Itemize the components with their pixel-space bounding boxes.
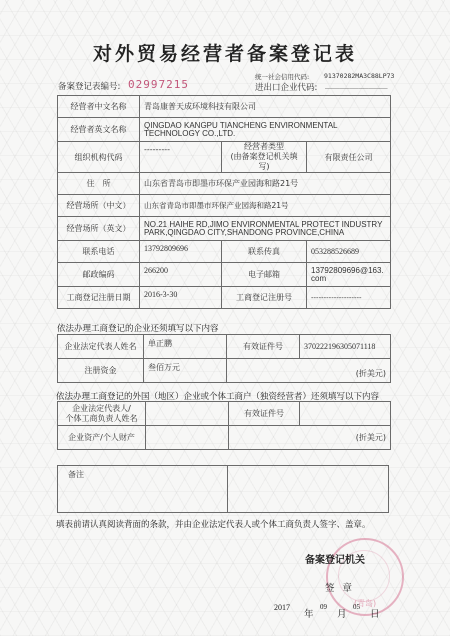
credit-code-label: 统一社会信用代码: [255,72,309,81]
footer-notice: 填表前请认真阅读背面的条款，并由企业法定代表人或个体工商负责人签字、盖章。 [56,518,371,530]
place-cn-label: 经营场所（中文） [58,195,140,217]
email-label: 电子邮箱 [222,263,307,287]
section1-heading: 依法办理工商登记的企业还须填写以下内容 [57,322,219,334]
table-row: 组织机构代码 --------- 经营者类型 (由备案登记机关填写) 有限责任公… [58,142,391,173]
foreign-id-label: 有效证件号 [229,402,300,426]
place-en: NO.21 HAIHE RD,JIMO ENVIRONMENTAL PROTEC… [140,217,391,241]
foreign-enterprise-table: 企业法定代表人/ 个体工商负责人姓名 有效证件号 企业资产/个人财产 (折美元) [57,401,391,450]
phone-label: 联系电话 [58,241,140,263]
postcode: 266200 [140,263,222,287]
foreign-id-value [300,402,391,426]
legal-rep: 单正鹏 [144,335,227,359]
remarks-value [228,466,389,513]
fax-label: 联系传真 [222,241,307,263]
assets-label: 企业资产/个人财产 [58,426,146,450]
operator-type-title: 经营者类型 [226,142,302,152]
sign-label: 签章 [325,580,360,594]
en-name: QINGDAO KANGPU TIANCHENG ENVIRONMENTAL T… [140,118,391,142]
assets-value [146,426,229,450]
table-row: 联系电话 13792809696 联系传真 053288526689 [58,241,391,263]
date-year-char: 年 [304,606,314,620]
operator-type-label: 经营者类型 (由备案登记机关填写) [222,142,307,173]
org-code-label: 组织机构代码 [58,142,140,173]
reg-date: 2016-3-30 [140,287,222,309]
cn-name-label: 经营者中文名称 [58,96,140,118]
table-row: 工商登记注册日期 2016-3-30 工商登记注册号 -------------… [58,287,391,309]
foreign-rep-label-line2: 个体工商负责人姓名 [62,414,141,424]
enterprise-table: 企业法定代表人姓名 单正鹏 有效证件号 370222196305071118 注… [57,334,391,383]
cn-name: 青岛康普天成环境科技有限公司 [140,96,391,118]
authority-label: 备案登记机关 [305,551,365,566]
id-label: 有效证件号 [227,335,300,359]
capital-label: 注册资金 [58,359,144,383]
reg-no: -------------------- [307,287,391,309]
official-seal: (青岛) [326,538,404,616]
id-number: 370222196305071118 [300,335,391,359]
reg-date-label: 工商登记注册日期 [58,287,140,309]
place-en-label: 经营场所（英文） [58,217,140,241]
capital-usd-note: (折美元) [227,359,391,383]
address: 山东省青岛市即墨市环保产业园海和路21号 [140,173,391,195]
table-row: 经营场所（中文） 山东省青岛市即墨市环保产业园海和路21号 [58,195,391,217]
table-row: 备注 [58,466,389,513]
date-month-char: 月 [337,606,347,620]
table-row: 住 所 山东省青岛市即墨市环保产业园海和路21号 [58,173,391,195]
date-month: 09 [320,603,327,611]
foreign-rep-label-line1: 企业法定代表人/ [62,404,141,414]
postcode-label: 邮政编码 [58,263,140,287]
phone: 13792809696 [140,241,222,263]
credit-code: 91370282MA3C88LP73 [324,72,394,80]
date-year: 2017 [274,603,290,612]
date-day-char: 日 [370,606,380,620]
legal-rep-label: 企业法定代表人姓名 [58,335,144,359]
registration-number: 02997215 [128,78,189,91]
org-code: --------- [140,142,222,173]
ie-code-label: 进出口企业代码: [255,81,317,93]
foreign-rep-label: 企业法定代表人/ 个体工商负责人姓名 [58,402,146,426]
operator-type: 有限责任公司 [307,142,391,173]
table-row: 企业法定代表人/ 个体工商负责人姓名 有效证件号 [58,402,391,426]
fax: 053288526689 [307,241,391,263]
address-label: 住 所 [58,173,140,195]
foreign-rep-value [146,402,229,426]
main-info-table: 经营者中文名称 青岛康普天成环境科技有限公司 经营者英文名称 QINGDAO K… [57,95,391,309]
table-row: 注册资金 叁佰万元 (折美元) [58,359,391,383]
date-day: 05 [353,603,360,611]
table-row: 邮政编码 266200 电子邮箱 13792809696@163.com [58,263,391,287]
email: 13792809696@163.com [307,263,391,287]
en-name-label: 经营者英文名称 [58,118,140,142]
table-row: 企业资产/个人财产 (折美元) [58,426,391,450]
table-row: 经营者中文名称 青岛康普天成环境科技有限公司 [58,96,391,118]
operator-type-sublabel: (由备案登记机关填写) [226,152,302,172]
document-title: 对外贸易经营者备案登记表 [0,39,450,66]
remarks-label: 备注 [58,466,228,513]
table-row: 企业法定代表人姓名 单正鹏 有效证件号 370222196305071118 [58,335,391,359]
capital: 叁佰万元 [144,359,227,383]
reg-no-label: 工商登记注册号 [222,287,307,309]
table-row: 经营场所（英文） NO.21 HAIHE RD,JIMO ENVIRONMENT… [58,217,391,241]
ie-code: _____________ [325,80,388,89]
assets-usd-note: (折美元) [229,426,391,450]
table-row: 经营者英文名称 QINGDAO KANGPU TIANCHENG ENVIRON… [58,118,391,142]
place-cn: 山东省青岛市即墨市环保产业园海和路21号 [140,195,391,217]
remarks-table: 备注 [57,465,389,513]
registration-number-label: 备案登记表编号: [58,80,120,92]
